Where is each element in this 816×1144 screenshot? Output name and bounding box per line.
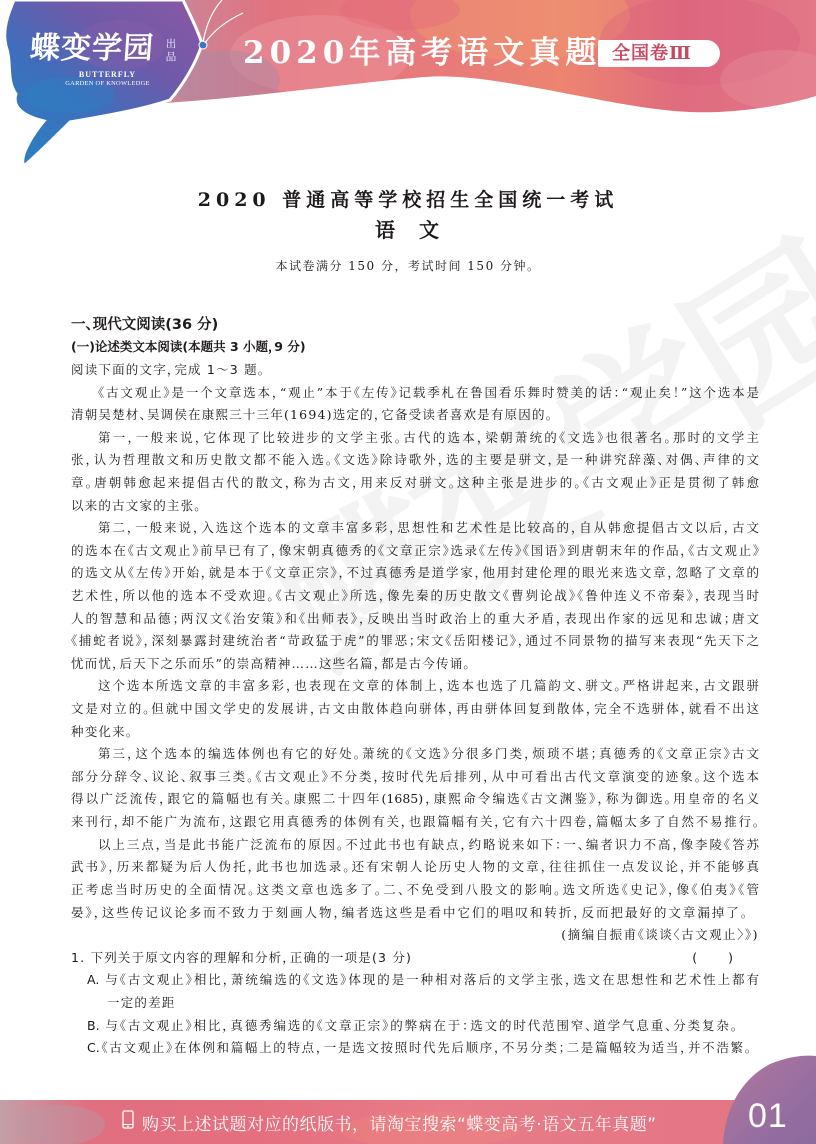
passage-line: 的选本在《古文观止》前早已有了，像宋朝真德秀的《文章正宗》选录《左传》《国语》到…: [71, 540, 759, 563]
paragraph-3: 第二，一般来说，入选这个选本的文章丰富多彩，思想性和艺术性是比较高的，自从韩愈提…: [71, 517, 759, 675]
logo-tag: 出品: [164, 38, 178, 63]
passage-line: 来刊行，却不能广为流布，这跟它用真德秀的体例有关，也跟篇幅有关，它有六十四卷，篇…: [71, 811, 759, 834]
header-banner: [0, 0, 816, 175]
exam-body: 一、现代文阅读(36 分) (一)论述类文本阅读(本题共 3 小题，9 分) 阅…: [71, 314, 759, 1060]
passage-line: 清朝吴楚材、吴调侯在康熙三十三年(1694)选定的，它备受读者喜欢是有原因的。: [71, 404, 759, 427]
passage-line: 忧而忧，后天下之乐而乐”的崇高精神……这些名篇，都是古今传诵。: [71, 653, 759, 676]
page-number: 01: [748, 1096, 788, 1136]
passage-line: 艺术性，所以他的选本不受欢迎。《古文观止》所选，像先秦的历史散文《曹刿论战》《鲁…: [71, 585, 759, 608]
passage-source: (摘编自振甫《谈谈〈古文观止〉》): [71, 924, 759, 947]
question-1-stem: 1. 下列关于原文内容的理解和分析，正确的一项是(3 分): [71, 947, 412, 970]
phone-icon: [122, 1110, 134, 1134]
passage-line: 种变化来。: [71, 721, 759, 744]
header-title: 2020年高考语文真题: [243, 34, 601, 72]
paragraph-6: 以上三点，当是此书能广泛流布的原因。不过此书也有缺点，约略说来如下：一、编者识力…: [71, 834, 759, 924]
paragraph-5: 第三，这个选本的编选体例也有它的好处。萧统的《文选》分很多门类，烦琐不堪；真德秀…: [71, 743, 759, 833]
passage-line: 人的智慧和品德；两汉文《治安策》和《出师表》，反映出当时政治上的重大矛盾，表现出…: [71, 608, 759, 631]
passage-line: 武书》，历来都疑为后人伪托，此书也加选录。还有宋朝人论历史人物的文章，往往抓住一…: [71, 856, 759, 879]
paragraph-2: 第一，一般来说，它体现了比较进步的文学主张。古代的选本，梁朝萧统的《文选》也很著…: [71, 427, 759, 517]
logo-wordmark: 蝶变学园: [29, 30, 156, 68]
exam-title: 2020 普通高等学校招生全国统一考试: [0, 187, 816, 213]
passage-line: 第三，这个选本的编选体例也有它的好处。萧统的《文选》分很多门类，烦琐不堪；真德秀…: [71, 743, 759, 766]
section-heading: 一、现代文阅读(36 分): [71, 314, 759, 337]
passage-line: 章。唐朝韩愈起来提倡古代的散文，称为古文，用来反对骈文。这种主张是进步的。《古文…: [71, 472, 759, 495]
passage-line: 部分分辞令、议论、叙事三类。《古文观止》不分类，按时代先后排列，从中可看出古代文…: [71, 766, 759, 789]
passage-line: 张，认为哲理散文和历史散文都不能入选。《文选》除诗歌外，选的主要是骈文，是一种讲…: [71, 449, 759, 472]
passage-line: 正考虑当时历史的全面情况。这类文章也选多了。二、不免受到八股文的影响。选文所选《…: [71, 879, 759, 902]
passage-line: 以上三点，当是此书能广泛流布的原因。不过此书也有缺点，约略说来如下：一、编者识力…: [71, 834, 759, 857]
exam-note: 本试卷满分 150 分，考试时间 150 分钟。: [0, 257, 816, 275]
question-1: 1. 下列关于原文内容的理解和分析，正确的一项是(3 分) ( ): [71, 947, 759, 970]
passage-line: 晏》，这些传记议论多而不致力于刻画人物，编者选这些是看中它们的唱叹和转折，反而把…: [71, 902, 759, 925]
paragraph-1: 《古文观止》是一个文章选本，“观止”本于《左传》记载季札在鲁国看乐舞时赞美的话：…: [71, 382, 759, 427]
logo-english-line-1: BUTTERFLY: [40, 70, 175, 79]
logo-english-line-2: GARDEN OF KNOWLEDGE: [40, 80, 175, 87]
passage-line: 的选文从《左传》开始，就是本于《文章正宗》，不过真德秀是道学家，他用封建伦理的眼…: [71, 562, 759, 585]
passage-line: 第一，一般来说，它体现了比较进步的文学主张。古代的选本，梁朝萧统的《文选》也很著…: [71, 427, 759, 450]
option-a-line-1[interactable]: A. 与《古文观止》相比，萧统编选的《文选》体现的是一种相对落后的文学主张，选文…: [71, 969, 759, 992]
paper-version-badge: 全国卷Ⅲ: [598, 40, 720, 67]
reading-instruction: 阅读下面的文字，完成 1～3 题。: [71, 359, 759, 382]
passage-line: 得以广泛流传，跟它的篇幅也有关。康熙二十四年(1685)，康熙命令编选《古文渊鉴…: [71, 788, 759, 811]
paragraph-4: 这个选本所选文章的丰富多彩，也表现在文章的体制上，选本也选了几篇韵文、骈文。严格…: [71, 675, 759, 743]
passage-line: 《古文观止》是一个文章选本，“观止”本于《左传》记载季札在鲁国看乐舞时赞美的话：…: [71, 382, 759, 405]
footer-promo-text: 购买上述试题对应的纸版书，请淘宝搜索“蝶变高考·语文五年真题”: [142, 1110, 657, 1135]
passage-line: 以来的古文家的主张。: [71, 495, 759, 518]
option-b[interactable]: B. 与《古文观止》相比，真德秀编选的《文章正宗》的弊病在于：选文的时代范围窄、…: [71, 1015, 759, 1038]
subsection-heading: (一)论述类文本阅读(本题共 3 小题，9 分): [71, 336, 759, 359]
passage-line: 《捕蛇者说》，深刻暴露封建统治者“苛政猛于虎”的罪恶；宋文《岳阳楼记》，通过不同…: [71, 630, 759, 653]
passage-line: 这个选本所选文章的丰富多彩，也表现在文章的体制上，选本也选了几篇韵文、骈文。严格…: [71, 675, 759, 698]
option-c[interactable]: C.《古文观止》在体例和篇幅上的特点，一是选文按照时代先后顺序，不另分类；二是篇…: [71, 1037, 759, 1060]
exam-subject: 语 文: [0, 216, 816, 244]
option-a-line-2[interactable]: 一定的差距: [71, 992, 759, 1015]
footer-promo: 购买上述试题对应的纸版书，请淘宝搜索“蝶变高考·语文五年真题”: [122, 1108, 657, 1136]
answer-blank[interactable]: ( ): [692, 947, 759, 970]
passage-line: 第二，一般来说，入选这个选本的文章丰富多彩，思想性和艺术性是比较高的，自从韩愈提…: [71, 517, 759, 540]
passage-line: 文是对立的。但就中国文学史的发展讲，古文由散体趋向骈体，再由骈体回复到散体，完全…: [71, 698, 759, 721]
